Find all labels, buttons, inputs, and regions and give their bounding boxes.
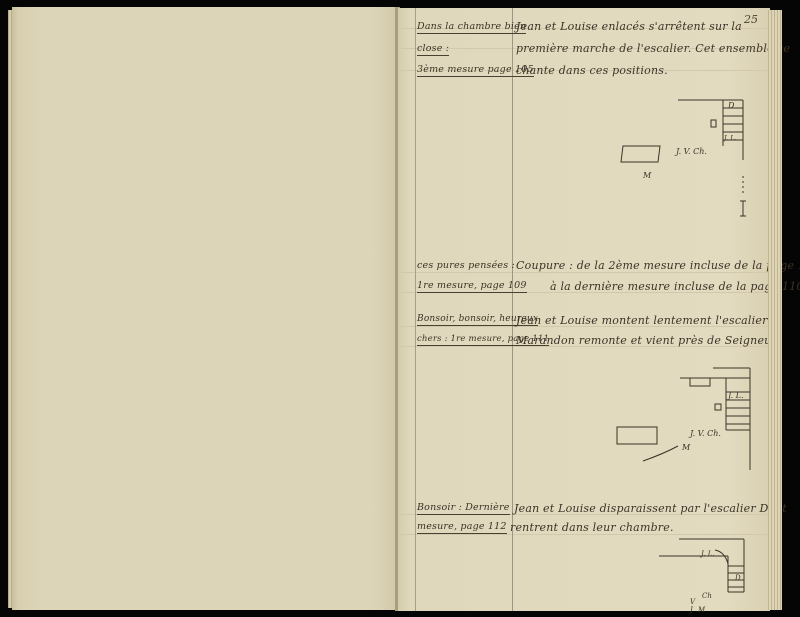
entry-4-cue-line-2: mesure, page 112: [417, 521, 507, 534]
entry-2-text-line-1: Coupure : de la 2ème mesure incluse de l…: [516, 259, 800, 272]
svg-text:M: M: [697, 606, 706, 614]
entry-3-text-line-2: Marandon remonte et vient près de Seigne…: [516, 334, 779, 347]
svg-text:D: D: [734, 574, 741, 582]
entry-4-text-line-1: Jean et Louise disparaissent par l'escal…: [514, 502, 787, 515]
staging-diagram-3: J. L. D Ch V J M: [653, 536, 763, 616]
right-page: 25 Dans la chambre bien close : 3ème mes…: [398, 8, 770, 611]
svg-text:J. L.: J. L.: [722, 134, 737, 142]
right-page-stack-edge: [768, 10, 782, 610]
entry-2-cue-line-1: ces pures pensées :: [417, 260, 515, 271]
page-number: 25: [744, 13, 758, 26]
svg-text:D: D: [727, 101, 735, 110]
staging-diagram-2: J. L. J. V. Ch. M: [608, 366, 758, 481]
entry-1-cue-line-1: Dans la chambre bien: [417, 21, 526, 34]
svg-text:M: M: [642, 171, 652, 180]
staging-diagram-1: D J. L. J. V. Ch. M: [598, 96, 758, 226]
entry-1-text-line-2: première marche de l'escalier. Cet ensem…: [516, 42, 790, 55]
svg-text:J: J: [688, 606, 694, 614]
svg-text:J. L.: J. L.: [726, 391, 744, 400]
left-margin-line: [415, 8, 416, 611]
entry-2-text-line-2: à la dernière mesure incluse de la page …: [550, 280, 800, 293]
entry-1-text-line-3: chante dans ces positions.: [516, 64, 668, 77]
svg-text:Ch: Ch: [702, 592, 712, 600]
entry-3-text-line-1: Jean et Louise montent lentement l'escal…: [516, 314, 784, 327]
entry-4-text-line-2: rentrent dans leur chambre.: [510, 521, 674, 534]
left-page-blank: [12, 7, 397, 610]
entry-1-text-line-1: Jean et Louise enlacés s'arrêtent sur la: [516, 20, 742, 33]
svg-text:J. L.: J. L.: [699, 550, 715, 558]
entry-2-cue-line-2: 1re mesure, page 109: [417, 280, 527, 293]
entry-4-cue-line-1: Bonsoir : Dernière: [417, 502, 510, 515]
svg-text:V: V: [690, 598, 696, 606]
svg-text:J. V. Ch.: J. V. Ch.: [688, 429, 721, 438]
entry-1-cue-line-2: close :: [417, 43, 449, 56]
svg-text:M: M: [681, 443, 691, 452]
svg-text:J. V. Ch.: J. V. Ch.: [674, 147, 707, 156]
